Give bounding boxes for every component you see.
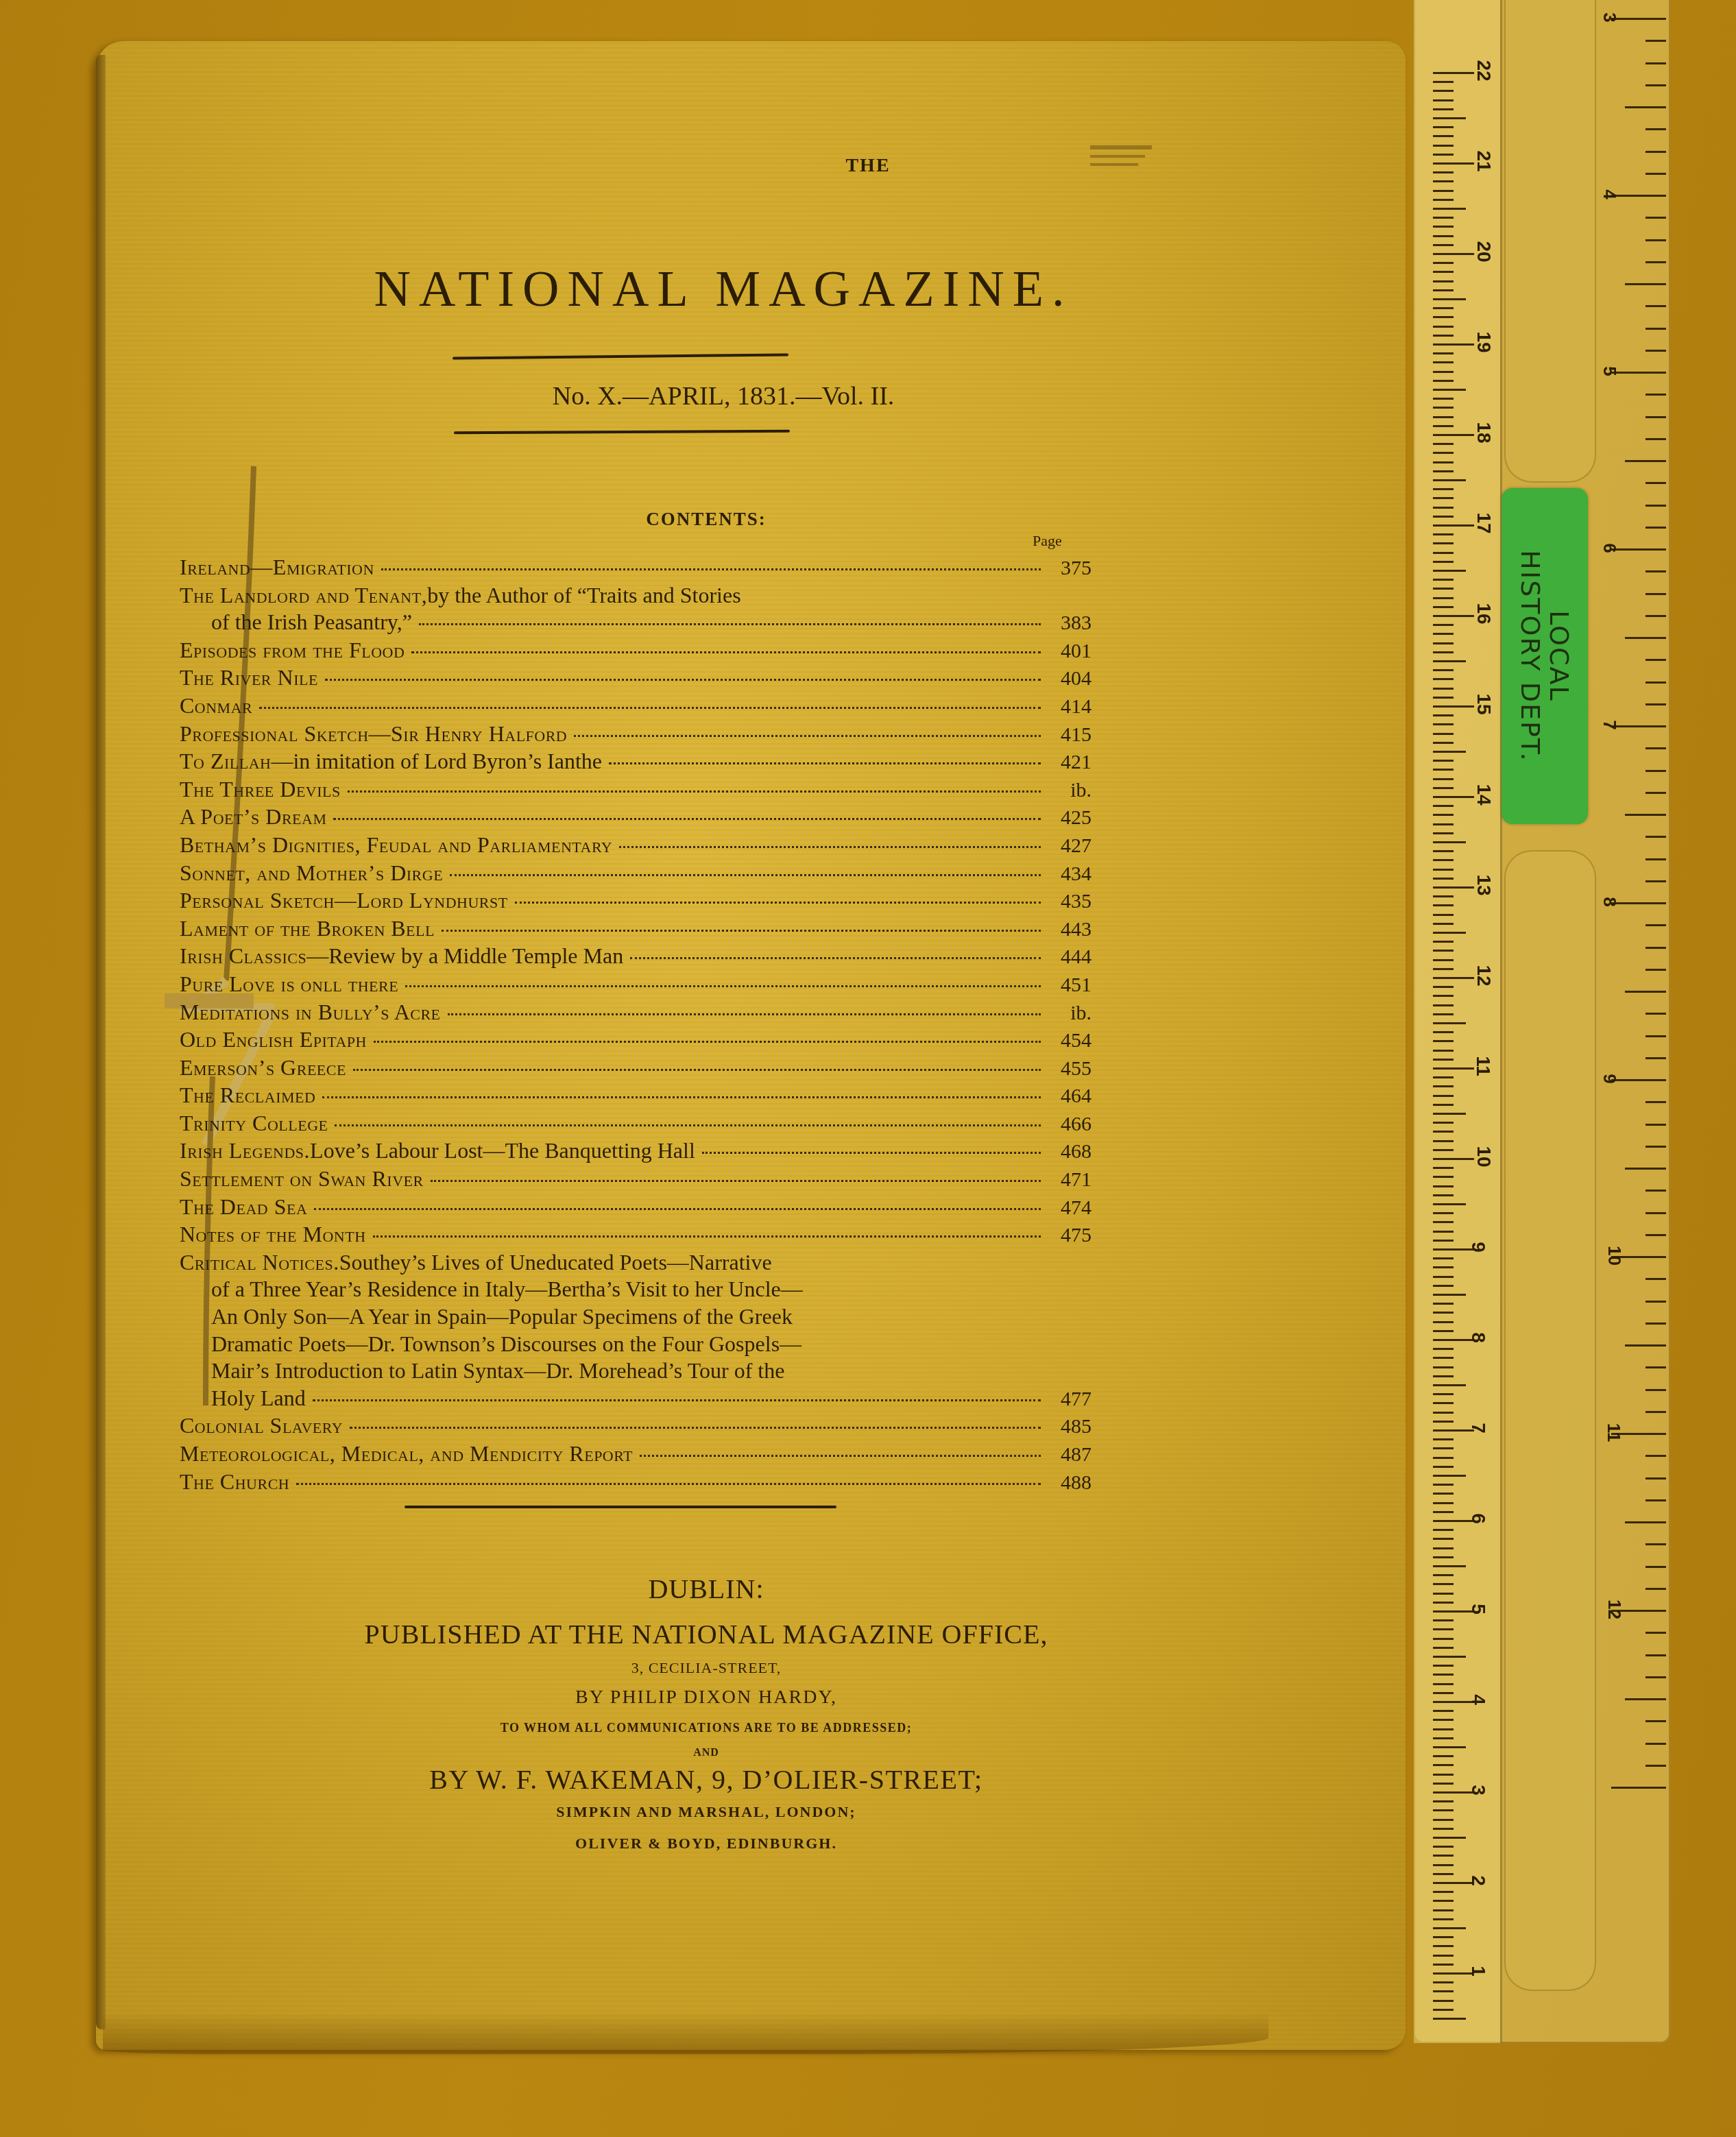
ruler-cm-label: 18 [1473, 422, 1495, 443]
ruler-cm-label: 3 [1467, 1785, 1489, 1796]
ruler-inch-label: 10 [1604, 1246, 1625, 1266]
imprint-city: DUBLIN: [0, 1573, 1412, 1605]
toc-entry-continuation: of the Irish Peasantry,”383 [180, 609, 1092, 637]
toc-entry-continuation: An Only Son—A Year in Spain—Popular Spec… [180, 1303, 1092, 1331]
toc-entry: Irish Classics—Review by a Middle Temple… [180, 943, 1092, 971]
toc-entry: Sonnet, and Mother’s Dirge434 [180, 860, 1092, 888]
ruler-cm-label: 2 [1467, 1875, 1489, 1886]
imprint-publisher-wakeman: BY W. F. WAKEMAN, 9, D’OLIER-STREET; [0, 1763, 1412, 1796]
ruler-inch-label: 5 [1599, 366, 1620, 376]
ruler-cm-label: 16 [1473, 603, 1495, 624]
toc-entry: Conmar414 [180, 692, 1092, 721]
toc-entry: The Three Devilsib. [180, 776, 1092, 804]
ruler-inch-label: 11 [1603, 1423, 1624, 1442]
toc-entry: Colonial Slavery485 [180, 1412, 1092, 1440]
toc-entry: Emerson’s Greece455 [180, 1054, 1092, 1083]
ruler-cm-label: 17 [1473, 512, 1495, 533]
ruler-inch-label: 12 [1604, 1599, 1625, 1619]
ruler-cm-label: 12 [1473, 965, 1495, 986]
table-of-contents: Ireland—Emigration375 The Landlord and T… [180, 554, 1092, 1496]
toc-entry: Professional Sketch—Sir Henry Halford415 [180, 721, 1092, 749]
ruler-cm-label: 22 [1473, 60, 1495, 81]
ruler-cm-label: 1 [1467, 1966, 1489, 1977]
ruler-cm-label: 9 [1467, 1242, 1489, 1253]
toc-entry: The Landlord and Tenant, by the Author o… [180, 582, 1092, 609]
torn-bottom-edge [103, 2013, 1268, 2054]
toc-entry: Meditations in Bully’s Acreib. [180, 999, 1092, 1027]
ruler-inch-label: 7 [1599, 720, 1620, 729]
toc-entry-continuation: Dramatic Poets—Dr. Townson’s Discourses … [180, 1331, 1092, 1358]
imprint-rule [405, 1506, 836, 1508]
ruler-inch-label: 4 [1599, 189, 1620, 199]
ruler-inch-label: 9 [1599, 1074, 1620, 1083]
contents-heading: CONTENTS: [0, 509, 1412, 530]
ruler-cm-label: 15 [1473, 693, 1495, 714]
ruler-cm-label: 19 [1473, 331, 1495, 352]
sticker-line-2: HISTORY DEPT. [1516, 505, 1545, 807]
toc-entry: Trinity College466 [180, 1110, 1092, 1138]
ruler-inch-label: 3 [1599, 12, 1620, 22]
ruler-cm-label: 7 [1467, 1423, 1489, 1434]
ruler-cm-label: 20 [1473, 241, 1495, 262]
toc-entry: Pure Love is onll there451 [180, 971, 1092, 999]
toc-entry: Notes of the Month475 [180, 1221, 1092, 1249]
toc-entry: To Zillah—in imitation of Lord Byron’s I… [180, 748, 1092, 776]
imprint-publisher-hardy: BY PHILIP DIXON HARDY, [0, 1687, 1412, 1709]
toc-entry: The Church488 [180, 1469, 1092, 1497]
toc-entry: Ireland—Emigration375 [180, 554, 1092, 582]
toc-entry: Lament of the Broken Bell443 [180, 915, 1092, 943]
local-history-dept-sticker: LOCAL HISTORY DEPT. [1502, 488, 1588, 824]
ruler-cm-label: 6 [1467, 1513, 1489, 1524]
ruler-inch-label: 6 [1599, 543, 1620, 553]
issue-line: No. X.—APRIL, 1831.—Vol. II. [0, 381, 1447, 411]
toc-entry: The Reclaimed464 [180, 1082, 1092, 1110]
magazine-title: NATIONAL MAGAZINE. [0, 261, 1447, 319]
ruler-cm-label: 21 [1473, 150, 1495, 171]
toc-entry: Betham’s Dignities, Feudal and Parliamen… [180, 832, 1092, 860]
ruler-slot-top [1504, 0, 1596, 483]
imprint-street: 3, CECILIA-STREET, [0, 1659, 1412, 1677]
imprint-london-agent: SIMPKIN AND MARSHAL, LONDON; [0, 1803, 1412, 1821]
ruler-cm-label: 11 [1472, 1056, 1494, 1076]
ruler-cm-scale [1414, 0, 1502, 2043]
toc-entry: Meteorological, Medical, and Mendicity R… [180, 1440, 1092, 1469]
toc-entry-continuation: of a Three Year’s Residence in Italy—Ber… [180, 1276, 1092, 1303]
sticker-line-1: LOCAL [1545, 505, 1574, 807]
toc-entry: Personal Sketch—Lord Lyndhurst435 [180, 887, 1092, 915]
ruler-cm-label: 10 [1473, 1146, 1495, 1167]
toc-entry: Critical Notices. Southey’s Lives of Une… [180, 1249, 1092, 1277]
toc-entry: The Dead Sea474 [180, 1194, 1092, 1222]
imprint-published-at: PUBLISHED AT THE NATIONAL MAGAZINE OFFIC… [0, 1618, 1412, 1650]
ruler-cm-label: 5 [1467, 1604, 1489, 1615]
page-column-label: Page [1033, 532, 1062, 550]
toc-entry: Episodes from the Flood401 [180, 637, 1092, 665]
ruler-cm-label: 13 [1473, 874, 1495, 895]
imprint-communications-note: TO WHOM ALL COMMUNICATIONS ARE TO BE ADD… [0, 1721, 1412, 1735]
imprint-and: AND [0, 1747, 1412, 1759]
toc-entry-continuation: Mair’s Introduction to Latin Syntax—Dr. … [180, 1357, 1092, 1385]
toc-entry: The River Nile404 [180, 664, 1092, 692]
toc-entry: A Poet’s Dream425 [180, 804, 1092, 832]
ruler-slot-bottom [1504, 850, 1596, 1991]
ruler-cm-label: 8 [1467, 1332, 1489, 1343]
toc-entry: Irish Legends. Love’s Labour Lost—The Ba… [180, 1137, 1092, 1166]
toc-entry-continuation: Holy Land477 [180, 1385, 1092, 1413]
toc-entry: Settlement on Swan River471 [180, 1166, 1092, 1194]
toc-entry: Old English Epitaph454 [180, 1026, 1092, 1054]
ruler-inch-label: 8 [1599, 897, 1620, 906]
imprint-edinburgh-agent: OLIVER & BOYD, EDINBURGH. [0, 1835, 1412, 1852]
ruler-cm-label: 14 [1473, 784, 1495, 805]
ruler-cm-label: 4 [1467, 1694, 1489, 1705]
